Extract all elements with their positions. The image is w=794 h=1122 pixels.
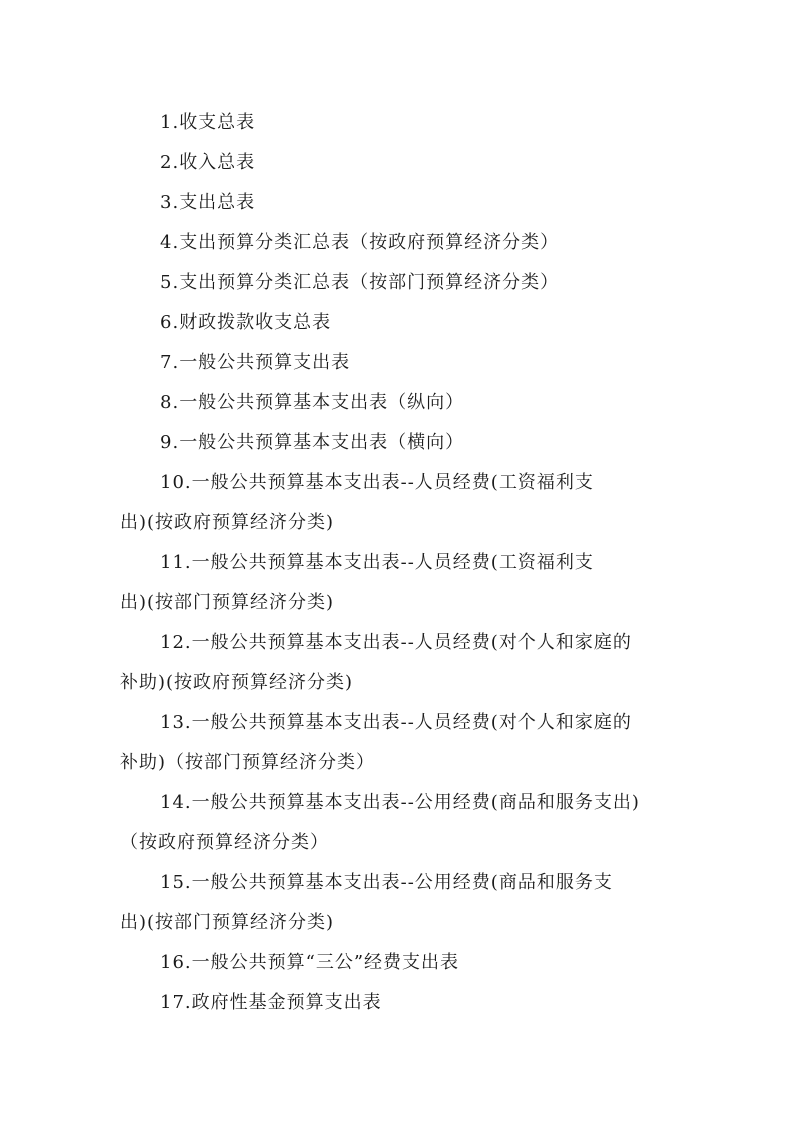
list-item-line: 14.一般公共预算基本支出表--公用经费(商品和服务支出) bbox=[120, 783, 676, 823]
list-item-10: 10.一般公共预算基本支出表--人员经费(工资福利支 出)(按政府预算经济分类) bbox=[120, 463, 676, 543]
list-item-line: 12.一般公共预算基本支出表--人员经费(对个人和家庭的 bbox=[120, 623, 676, 663]
item-text: 支出预算分类汇总表（按政府预算经济分类） bbox=[179, 232, 559, 253]
list-item-line: 16.一般公共预算“三公”经费支出表 bbox=[120, 943, 676, 983]
list-item-4: 4.支出预算分类汇总表（按政府预算经济分类） bbox=[120, 223, 676, 263]
item-text: 财政拨款收支总表 bbox=[179, 312, 331, 333]
list-item-continuation: 出)(按政府预算经济分类) bbox=[120, 503, 676, 543]
list-item-12: 12.一般公共预算基本支出表--人员经费(对个人和家庭的 补助)(按政府预算经济… bbox=[120, 623, 676, 703]
item-number: 17. bbox=[160, 992, 192, 1013]
item-text: 一般公共预算基本支出表--人员经费(对个人和家庭的 bbox=[192, 632, 632, 653]
item-text: 一般公共预算基本支出表--公用经费(商品和服务支 bbox=[192, 872, 613, 893]
item-text: 一般公共预算基本支出表--人员经费(对个人和家庭的 bbox=[192, 712, 632, 733]
list-item-2: 2.收入总表 bbox=[120, 143, 676, 183]
list-item-line: 11.一般公共预算基本支出表--人员经费(工资福利支 bbox=[120, 543, 676, 583]
item-text: 支出预算分类汇总表（按部门预算经济分类） bbox=[179, 272, 559, 293]
list-item-continuation: 补助)（按部门预算经济分类） bbox=[120, 743, 676, 783]
item-text: 一般公共预算“三公”经费支出表 bbox=[192, 952, 459, 973]
list-item-continuation: 出)(按部门预算经济分类) bbox=[120, 583, 676, 623]
item-number: 12. bbox=[160, 632, 192, 653]
list-item-1: 1.收支总表 bbox=[120, 103, 676, 143]
document-page: 1.收支总表 2.收入总表 3.支出总表 4.支出预算分类汇总表（按政府预算经济… bbox=[0, 0, 794, 1122]
list-item-5: 5.支出预算分类汇总表（按部门预算经济分类） bbox=[120, 263, 676, 303]
list-item-7: 7.一般公共预算支出表 bbox=[120, 343, 676, 383]
list-item-line: 5.支出预算分类汇总表（按部门预算经济分类） bbox=[120, 263, 676, 303]
item-text: 政府性基金预算支出表 bbox=[192, 992, 382, 1013]
list-item-line: 8.一般公共预算基本支出表（纵向） bbox=[120, 383, 676, 423]
list-item-line: 2.收入总表 bbox=[120, 143, 676, 183]
item-number: 10. bbox=[160, 472, 192, 493]
list-item-continuation: （按政府预算经济分类） bbox=[120, 823, 676, 863]
list-item-17: 17.政府性基金预算支出表 bbox=[120, 983, 676, 1023]
list-item-line: 10.一般公共预算基本支出表--人员经费(工资福利支 bbox=[120, 463, 676, 503]
item-number: 15. bbox=[160, 872, 192, 893]
item-number: 1. bbox=[160, 112, 179, 133]
item-number: 7. bbox=[160, 352, 179, 373]
item-number: 3. bbox=[160, 192, 179, 213]
list-item-3: 3.支出总表 bbox=[120, 183, 676, 223]
list-item-line: 17.政府性基金预算支出表 bbox=[120, 983, 676, 1023]
item-number: 8. bbox=[160, 392, 179, 413]
list-item-line: 15.一般公共预算基本支出表--公用经费(商品和服务支 bbox=[120, 863, 676, 903]
item-text: 收支总表 bbox=[179, 112, 255, 133]
item-number: 16. bbox=[160, 952, 192, 973]
list-item-line: 7.一般公共预算支出表 bbox=[120, 343, 676, 383]
list-item-continuation: 补助)(按政府预算经济分类) bbox=[120, 663, 676, 703]
item-text: 支出总表 bbox=[179, 192, 255, 213]
item-number: 6. bbox=[160, 312, 179, 333]
item-number: 13. bbox=[160, 712, 192, 733]
list-item-13: 13.一般公共预算基本支出表--人员经费(对个人和家庭的 补助)（按部门预算经济… bbox=[120, 703, 676, 783]
list-item-line: 13.一般公共预算基本支出表--人员经费(对个人和家庭的 bbox=[120, 703, 676, 743]
list-item-line: 4.支出预算分类汇总表（按政府预算经济分类） bbox=[120, 223, 676, 263]
item-text: 一般公共预算基本支出表（横向） bbox=[179, 432, 464, 453]
list-item-6: 6.财政拨款收支总表 bbox=[120, 303, 676, 343]
list-item-14: 14.一般公共预算基本支出表--公用经费(商品和服务支出) （按政府预算经济分类… bbox=[120, 783, 676, 863]
list-item-16: 16.一般公共预算“三公”经费支出表 bbox=[120, 943, 676, 983]
item-number: 4. bbox=[160, 232, 179, 253]
list-item-line: 9.一般公共预算基本支出表（横向） bbox=[120, 423, 676, 463]
list-item-line: 1.收支总表 bbox=[120, 103, 676, 143]
list-item-line: 3.支出总表 bbox=[120, 183, 676, 223]
list-item-15: 15.一般公共预算基本支出表--公用经费(商品和服务支 出)(按部门预算经济分类… bbox=[120, 863, 676, 943]
item-number: 9. bbox=[160, 432, 179, 453]
item-number: 2. bbox=[160, 152, 179, 173]
item-text: 收入总表 bbox=[179, 152, 255, 173]
item-number: 14. bbox=[160, 792, 192, 813]
list-item-continuation: 出)(按部门预算经济分类) bbox=[120, 903, 676, 943]
item-text: 一般公共预算支出表 bbox=[179, 352, 350, 373]
list-item-8: 8.一般公共预算基本支出表（纵向） bbox=[120, 383, 676, 423]
list-item-line: 6.财政拨款收支总表 bbox=[120, 303, 676, 343]
item-number: 11. bbox=[160, 552, 192, 573]
item-number: 5. bbox=[160, 272, 179, 293]
item-text: 一般公共预算基本支出表--人员经费(工资福利支 bbox=[192, 552, 594, 573]
item-text: 一般公共预算基本支出表--公用经费(商品和服务支出) bbox=[192, 792, 640, 813]
list-item-11: 11.一般公共预算基本支出表--人员经费(工资福利支 出)(按部门预算经济分类) bbox=[120, 543, 676, 623]
item-text: 一般公共预算基本支出表--人员经费(工资福利支 bbox=[192, 472, 594, 493]
list-item-9: 9.一般公共预算基本支出表（横向） bbox=[120, 423, 676, 463]
item-text: 一般公共预算基本支出表（纵向） bbox=[179, 392, 464, 413]
